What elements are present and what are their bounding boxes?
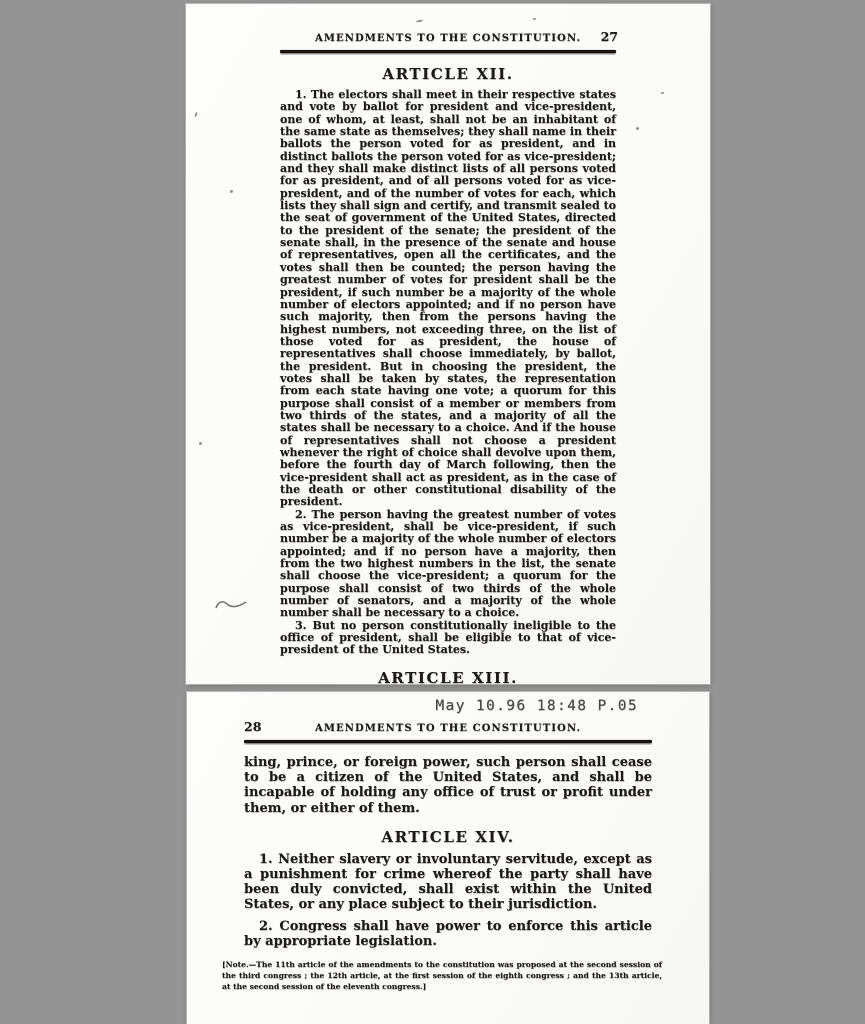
header-rule [244, 740, 652, 743]
amendments-footnote: [Note.—The 11th article of the amendment… [222, 959, 662, 992]
article-xiv-paragraph-1: 1. Neither slavery or involuntary servit… [244, 852, 652, 913]
ink-speck [230, 190, 233, 193]
article-xiii-continuation-paragraph: king, prince, or foreign power, such per… [244, 755, 652, 816]
scanned-page-27: AMENDMENTS TO THE CONSTITUTION. 27 ARTIC… [186, 4, 710, 684]
ink-speck [661, 92, 664, 94]
running-header-title: AMENDMENTS TO THE CONSTITUTION. [315, 33, 581, 44]
scanned-fax-screenshot: { "colors": { "background": "#949494", "… [0, 0, 865, 1024]
ink-speck [199, 442, 202, 445]
page-number: 27 [601, 30, 618, 43]
header-rule [280, 50, 616, 53]
article-xii-paragraph-1: 1. The electors shall meet in their resp… [280, 89, 616, 509]
article-xiii-heading: ARTICLE XIII. [280, 670, 616, 684]
ink-speck [194, 112, 197, 117]
article-xii-paragraph-3: 3. But no person constitutionally inelig… [280, 620, 616, 657]
ink-speck [636, 127, 639, 130]
article-xii-paragraph-2: 2. The person having the greatest number… [280, 509, 616, 620]
article-xiv-paragraph-2: 2. Congress shall have power to enforce … [244, 919, 652, 949]
pen-squiggle-mark [214, 596, 248, 612]
scanned-page-28: May 10.96 18:48 P.05 28 AMENDMENTS TO TH… [187, 692, 709, 1024]
running-header-title: AMENDMENTS TO THE CONSTITUTION. [315, 723, 581, 734]
running-header: AMENDMENTS TO THE CONSTITUTION. 27 [280, 32, 616, 45]
running-header: 28 AMENDMENTS TO THE CONSTITUTION. [244, 722, 652, 735]
page-number: 28 [244, 720, 261, 733]
article-xiv-heading: ARTICLE XIV. [244, 829, 652, 845]
article-xii-heading: ARTICLE XII. [280, 66, 616, 82]
